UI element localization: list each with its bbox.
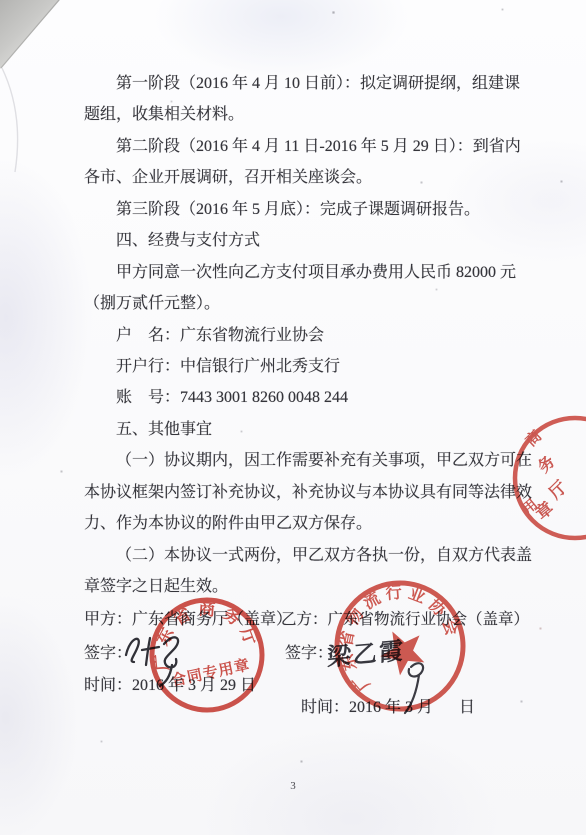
document-line: 五、其他事宜 (84, 414, 536, 445)
document-line: 第一阶段（2016 年 4 月 10 日前）：拟定调研提纲，组建课 (84, 68, 536, 99)
party-b-date-suffix: 日 (455, 699, 475, 716)
document-line: 甲方同意一次性向乙方支付项目承办费用人民币 82000 元 (84, 257, 536, 288)
party-b-date-line: 时间：2016 年 3 月 29 日 (285, 676, 475, 738)
document-line: 第三阶段（2016 年 5 月底）：完成子课题调研报告。 (84, 194, 536, 225)
document-line: 四、经费与支付方式 (84, 225, 536, 256)
document-line: 章签字之日起生效。 (84, 571, 536, 602)
document-line: （二）本协议一式两份，甲乙双方各执一份，自双方代表盖 (84, 540, 536, 571)
party-a-name-line: 甲方：广东省商务厅（盖章） (84, 610, 292, 630)
page-number: 3 (0, 780, 586, 792)
scanned-contract-page: 第一阶段（2016 年 4 月 10 日前）：拟定调研提纲，组建课题组，收集相关… (0, 0, 586, 835)
party-b-handwritten-date-stroke (396, 658, 436, 716)
document-line: 各市、企业开展调研，召开相关座谈会。 (84, 162, 536, 193)
party-b-sign-label: 签字： (285, 644, 333, 664)
document-line: 账 号：7443 3001 8260 0048 244 (84, 382, 536, 413)
party-b-name-line: 乙方：广东省物流行业协会（盖章） (281, 610, 529, 630)
document-line: （捌万贰仟元整）。 (84, 288, 536, 319)
document-line: （一）协议期内，因工作需要补充有关事项，甲乙双方可在 (84, 445, 536, 476)
document-line: 第二阶段（2016 年 4 月 11 日-2016 年 5 月 29 日）：到省… (84, 131, 536, 162)
text-block: 第一阶段（2016 年 4 月 10 日前）：拟定调研提纲，组建课题组，收集相关… (84, 68, 536, 602)
party-a-handwritten-signature (120, 628, 192, 690)
party-b-handwritten-signature: 梁乙霞 (327, 631, 405, 673)
scan-noise (0, 0, 1, 1)
document-line: 开户行：中信银行广州北秀支行 (84, 351, 536, 382)
document-line: 户 名：广东省物流行业协会 (84, 320, 536, 351)
edge-seal-char: 务 (534, 452, 559, 477)
edge-seal-char: 厅 (545, 477, 571, 503)
document-line: 本协议框架内签订补充协议，补充协议与本协议具有同等法律效 (84, 477, 536, 508)
document-line: 题组，收集相关材料。 (84, 99, 536, 130)
document-line: 力、作为本协议的附件由甲乙双方保存。 (84, 508, 536, 539)
fold-crease-line (0, 0, 80, 180)
